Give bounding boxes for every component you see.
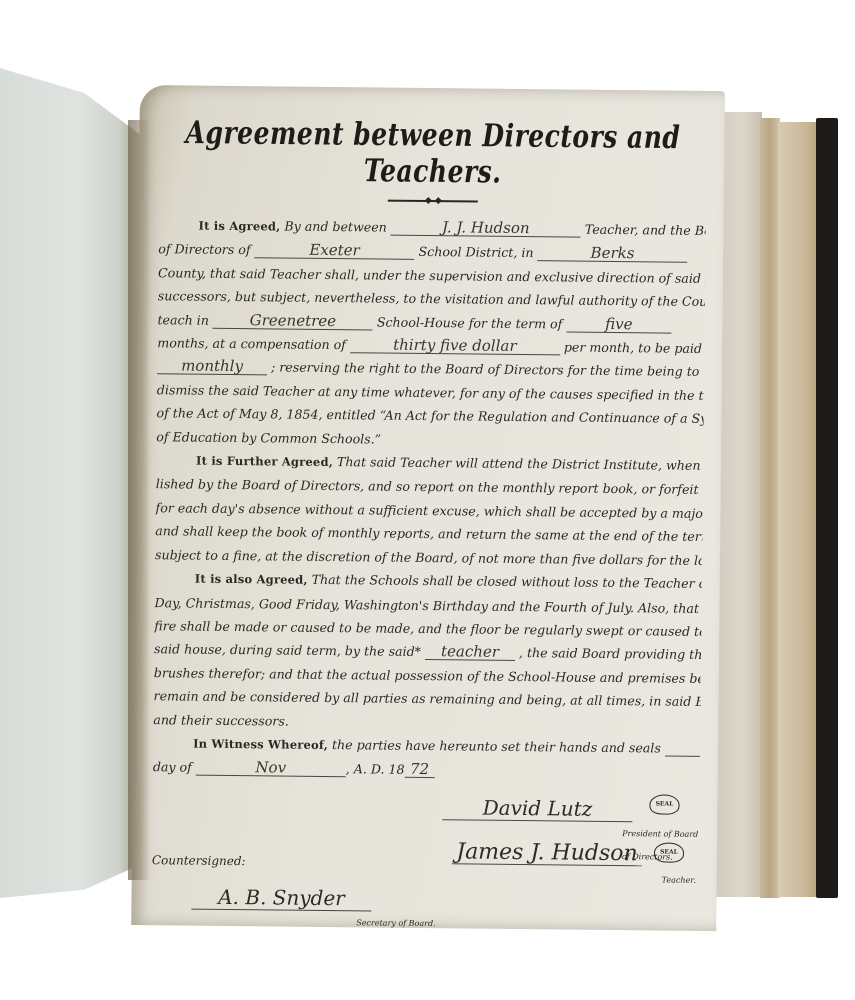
static-text: teach in — [157, 312, 208, 328]
county-field: Berks — [537, 245, 687, 264]
left-blank-page — [0, 68, 140, 898]
seal-icon: SEAL — [649, 794, 679, 814]
static-text: That the Schools shall be closed without… — [312, 572, 702, 592]
static-text: , the said Board providing the fuel and — [519, 645, 701, 663]
static-text: day of — [153, 760, 192, 775]
page-stack-edge — [760, 118, 780, 898]
district-field: Exeter — [254, 242, 414, 261]
secretary-signature: A. B. Snyder — [191, 885, 371, 911]
static-text: the parties have hereunto set their hand… — [332, 737, 661, 755]
static-text: School District, in — [419, 244, 534, 260]
teacher-role-label: Teacher. — [662, 868, 696, 892]
month-field: Nov — [196, 759, 346, 778]
static-text: said house, during said term, by the sai… — [154, 641, 421, 659]
school-house-field: Greenetree — [213, 311, 373, 330]
book-gutter-shadow — [128, 120, 150, 880]
secretary-role-label: Secretary of Board. — [356, 911, 436, 931]
payment-schedule-field: monthly — [157, 358, 267, 376]
static-text: of Directors of — [158, 242, 250, 258]
term-field: five — [566, 315, 671, 333]
teacher-name-field: J. J. Hudson — [391, 219, 581, 238]
countersigned-label: Countersigned: — [152, 849, 246, 873]
agreement-page: Agreement between Directors and Teachers… — [131, 85, 725, 931]
title-divider-ornament — [387, 200, 477, 203]
president-signature: David Lutz — [442, 796, 632, 822]
agreed-lead: It is Agreed, — [198, 219, 280, 234]
static-text: , A. D. 18 — [346, 762, 405, 778]
day-field: 30th — [665, 739, 700, 758]
page-stack-edge — [778, 122, 818, 897]
static-text: ; reserving the right to the Board of Di… — [271, 360, 700, 379]
teacher-signature: James J. Hudson — [452, 840, 642, 866]
agreement-body: It is Agreed, By and between J. J. Hudso… — [151, 213, 706, 931]
also-lead: It is also Agreed, — [195, 572, 308, 587]
seal-icon: SEAL — [654, 842, 684, 862]
static-text: School-House for the term of — [377, 314, 563, 331]
witness-lead: In Witness Whereof, — [193, 737, 328, 752]
year-field: 72 — [405, 761, 435, 778]
static-text: By and between — [284, 219, 387, 235]
compensation-field: thirty five dollar — [350, 336, 560, 355]
book-cover-edge — [816, 118, 838, 898]
signature-block: David Lutz SEAL President of Board of Di… — [151, 779, 700, 931]
static-text: months, at a compensation of — [157, 335, 346, 352]
further-lead: It is Further Agreed, — [196, 454, 333, 469]
static-text: per month, to be paid — [564, 339, 702, 355]
static-text: Teacher, and the Board — [585, 222, 706, 239]
page-title: Agreement between Directors and Teachers… — [159, 114, 707, 192]
static-text: That said Teacher will attend the Distri… — [337, 454, 703, 474]
responsible-party-field: teacher — [425, 643, 515, 661]
